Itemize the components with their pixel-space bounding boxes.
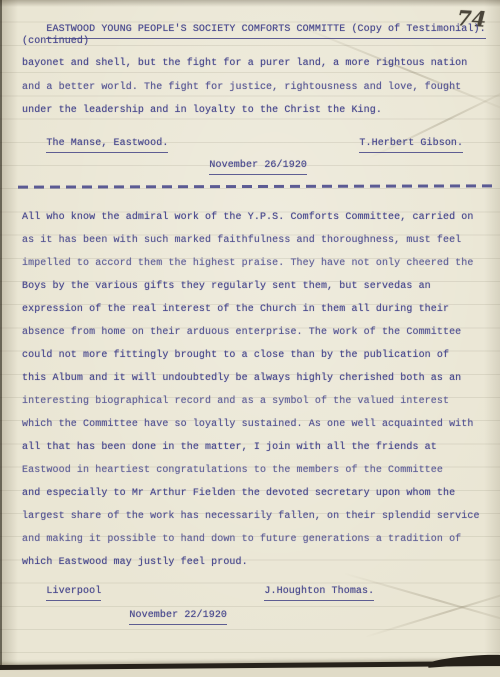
gibson-place-text: The Manse, Eastwood. [46, 138, 168, 153]
typed-line: could not more fittingly brought to a cl… [22, 344, 480, 367]
typed-line: largest share of the work has necessaril… [22, 505, 480, 528]
typed-line: which the Committee have so loyally sust… [22, 413, 480, 436]
typed-dashed-divider [18, 184, 496, 188]
typed-line: interesting biographical record and as a… [22, 390, 480, 413]
typed-line: all that has been done in the matter, I … [22, 436, 480, 459]
typed-line: as it has been with such marked faithful… [22, 229, 480, 252]
gibson-date-text: November 26/1920 [209, 160, 307, 175]
thomas-signature-text: J.Houghton Thomas. [264, 586, 374, 601]
typed-line: Eastwood in heartiest congratulations to… [22, 459, 480, 482]
typed-line: and making it possible to hand down to f… [22, 528, 480, 551]
paper-crease [364, 584, 500, 639]
thomas-place-text: Liverpool [46, 586, 101, 601]
gibson-place: The Manse, Eastwood. [22, 127, 168, 160]
typed-line: under the leadership and in loyalty to t… [22, 99, 467, 123]
gibson-signature-text: T.Herbert Gibson. [359, 138, 463, 153]
continued-label: (continued) [22, 36, 89, 47]
typed-line: and a better world. The fight for justic… [22, 76, 467, 100]
testimonial-gibson-body: bayonet and shell, but the fight for a p… [22, 52, 467, 123]
document-title-text: EASTWOOD YOUNG PEOPLE'S SOCIETY COMFORTS… [46, 24, 485, 39]
typed-line: bayonet and shell, but the fight for a p… [22, 52, 467, 76]
document-title: EASTWOOD YOUNG PEOPLE'S SOCIETY COMFORTS… [22, 13, 486, 46]
thomas-signature: J.Houghton Thomas. [240, 575, 374, 608]
typed-line: this Album and it will undoubtedly be al… [22, 367, 480, 390]
typed-line: and especially to Mr Arthur Fielden the … [22, 482, 480, 505]
gibson-date: November 26/1920 [185, 149, 307, 182]
gibson-signature: T.Herbert Gibson. [335, 127, 463, 160]
testimonial-thomas-body: All who know the admiral work of the Y.P… [22, 206, 480, 574]
typed-line: expression of the real interest of the C… [22, 298, 480, 321]
thomas-place: Liverpool [22, 575, 101, 608]
typed-line: which Eastwood may justly feel proud. [22, 551, 480, 574]
page-left-edge [0, 0, 2, 677]
album-page: 74 EASTWOOD YOUNG PEOPLE'S SOCIETY COMFO… [0, 0, 500, 677]
typed-line: absence from home on their arduous enter… [22, 321, 480, 344]
thomas-date: November 22/1920 [105, 599, 227, 632]
typed-line: All who know the admiral work of the Y.P… [22, 206, 480, 229]
thomas-date-text: November 22/1920 [129, 610, 227, 625]
typed-line: impelled to accord them the highest prai… [22, 252, 480, 275]
typed-line: Boys by the various gifts they regularly… [22, 275, 480, 298]
